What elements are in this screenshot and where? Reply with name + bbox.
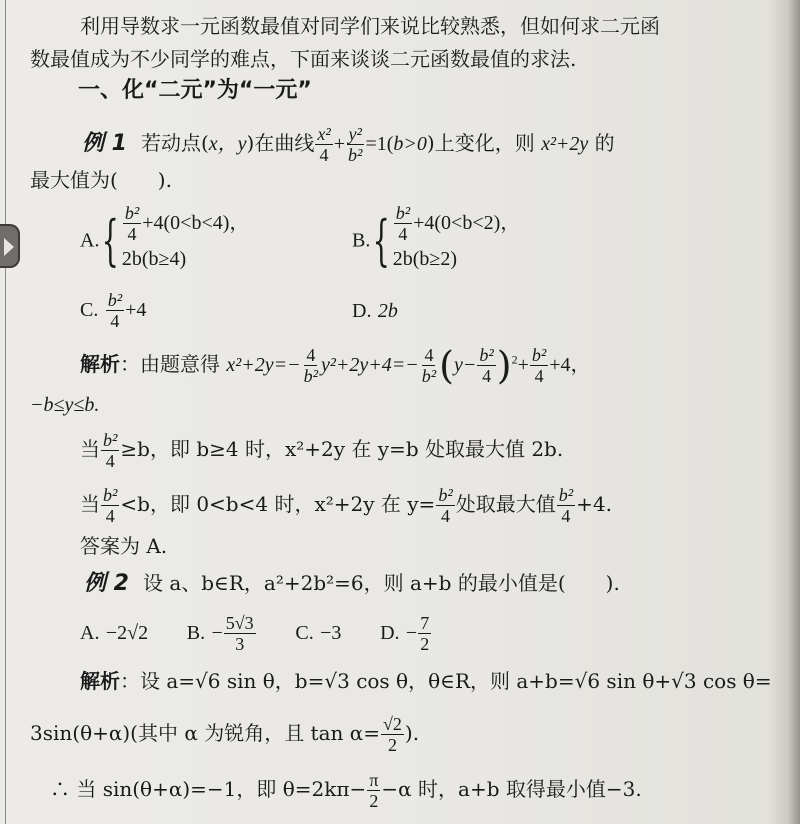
piece-row: b²4+4(0<b<2)， bbox=[393, 205, 521, 241]
option-a: A. −2√2 bbox=[80, 620, 148, 644]
denominator: 4 bbox=[559, 506, 572, 526]
option-label: A. bbox=[80, 230, 99, 252]
text: ：由题意得 bbox=[120, 352, 226, 376]
numerator: √2 bbox=[381, 714, 404, 735]
numerator: y² bbox=[347, 124, 364, 145]
fraction: b²4 bbox=[106, 290, 124, 331]
example1-question-line2: 最大值为( ). bbox=[30, 168, 172, 192]
option-a: A.{ b²4+4(0<b<4)， 2b(b≥4) bbox=[80, 205, 249, 277]
denominator: 4 bbox=[480, 366, 493, 386]
solution1-answer: 答案为 A. bbox=[80, 534, 167, 558]
section-heading: 一、化“二元”为“一元” bbox=[78, 79, 312, 103]
numerator: b² bbox=[101, 430, 119, 451]
fraction: b²4 bbox=[477, 345, 495, 386]
numerator: b² bbox=[557, 485, 575, 506]
intro-line-2: 数最值成为不少同学的难点，下面来谈谈二元函数最值的求法. bbox=[30, 47, 576, 71]
fraction: 72 bbox=[418, 613, 431, 654]
paren: ( bbox=[439, 344, 454, 388]
numerator: 4 bbox=[304, 345, 317, 366]
example2-options: A. −2√2 B. −5√33 C. −3 D. −72 bbox=[80, 613, 432, 654]
fraction: √22 bbox=[381, 714, 404, 755]
fraction: b²4 bbox=[123, 203, 141, 244]
numerator: b² bbox=[394, 203, 412, 224]
text: x²+2y=− bbox=[226, 354, 300, 376]
text: <b，即 0<b<4 时，x²+2y 在 y= bbox=[120, 492, 435, 516]
option-c: C. −3 bbox=[295, 620, 341, 644]
fraction: b²4 bbox=[394, 203, 412, 244]
text: − bbox=[406, 622, 417, 644]
denominator: b² bbox=[346, 145, 364, 165]
numerator: b² bbox=[530, 345, 548, 366]
text: )上变化，则 bbox=[427, 131, 541, 155]
option-d: D. −72 bbox=[380, 620, 432, 644]
brace: { bbox=[373, 214, 390, 268]
text: ：设 a=√6 sin θ，b=√3 cos θ，θ∈R，则 a+b=√6 si… bbox=[120, 669, 772, 693]
chevron-right-icon bbox=[4, 238, 14, 256]
denominator: 4 bbox=[439, 506, 452, 526]
text: +4， bbox=[549, 354, 590, 376]
text: ≥b，即 b≥4 时，x²+2y 在 y=b 处取最大值 2b. bbox=[120, 437, 563, 461]
text: x²+2y bbox=[541, 133, 588, 155]
text: +4(0<b<2)， bbox=[413, 211, 520, 235]
denominator: 4 bbox=[104, 506, 117, 526]
text: 若动点( bbox=[141, 131, 209, 155]
denominator: 4 bbox=[108, 311, 121, 331]
text: −3 bbox=[320, 622, 341, 644]
solution-label: 解析 bbox=[80, 669, 120, 693]
fraction: b²4 bbox=[557, 485, 575, 526]
text: 的 bbox=[588, 131, 614, 155]
option-d: D. 2b bbox=[352, 298, 398, 323]
page-edge-shadow bbox=[788, 0, 800, 824]
option-label: B. bbox=[352, 230, 370, 252]
text: + bbox=[518, 354, 529, 376]
piecewise: b²4+4(0<b<4)， 2b(b≥4) bbox=[122, 205, 250, 277]
denominator: b² bbox=[302, 366, 320, 386]
text: 当 bbox=[80, 437, 100, 461]
text: 3sin(θ+α)(其中 α 为锐角，且 tan α= bbox=[30, 721, 380, 745]
solution1-range: −b≤y≤b. bbox=[30, 393, 99, 417]
denominator: 2 bbox=[386, 735, 399, 755]
numerator: 7 bbox=[418, 613, 431, 634]
text: + bbox=[334, 133, 345, 155]
fraction: b²4 bbox=[101, 485, 119, 526]
text: =1( bbox=[365, 133, 393, 155]
text: ). bbox=[405, 721, 419, 745]
next-page-tab[interactable] bbox=[0, 224, 20, 268]
text: +4(0<b<4)， bbox=[142, 211, 249, 235]
solution1-line1: 解析：由题意得 x²+2y=−4b²y²+2y+4=−4b²(y−b²4)2+b… bbox=[80, 345, 591, 386]
scanned-page: 利用导数求一元函数最值对同学们来说比较熟悉，但如何求二元函 数最值成为不少同学的… bbox=[0, 0, 800, 824]
denominator: 2 bbox=[367, 791, 380, 811]
denominator: 4 bbox=[104, 451, 117, 471]
option-label: A. bbox=[80, 622, 99, 644]
denominator: b² bbox=[420, 366, 438, 386]
solution2-line2: 3sin(θ+α)(其中 α 为锐角，且 tan α=√22). bbox=[30, 714, 419, 755]
denominator: 2 bbox=[418, 634, 431, 654]
option-c: C. b²4+4 bbox=[80, 290, 146, 331]
numerator: x² bbox=[315, 124, 332, 145]
example1-question-line1: 例 1若动点(x，y)在曲线x²4+y²b²=1(b>0)上变化，则 x²+2y… bbox=[82, 124, 615, 165]
denominator: 4 bbox=[318, 145, 331, 165]
text: +4. bbox=[576, 492, 612, 516]
text: +4 bbox=[125, 299, 146, 321]
piecewise: b²4+4(0<b<2)， 2b(b≥2) bbox=[393, 205, 521, 277]
text: − bbox=[212, 622, 223, 644]
fraction: 5√33 bbox=[224, 613, 256, 654]
numerator: b² bbox=[477, 345, 495, 366]
text: −2√2 bbox=[106, 622, 148, 644]
solution1-case2: 当b²4<b，即 0<b<4 时，x²+2y 在 y=b²4处取最大值b²4+4… bbox=[80, 485, 612, 526]
fraction: y²b² bbox=[346, 124, 364, 165]
example2-question: 例 2设 a、b∈R，a²+2b²=6，则 a+b 的最小值是( ). bbox=[84, 571, 620, 596]
margin-rule bbox=[5, 0, 6, 824]
example2-label: 例 2 bbox=[84, 571, 129, 596]
numerator: π bbox=[367, 770, 380, 791]
solution-label: 解析 bbox=[80, 352, 120, 376]
text: 处取最大值 bbox=[456, 492, 556, 516]
option-label: D. bbox=[380, 622, 399, 644]
intro-line-1: 利用导数求一元函数最值对同学们来说比较熟悉，但如何求二元函 bbox=[80, 14, 660, 38]
option-label: D. bbox=[352, 300, 371, 322]
fraction: 4b² bbox=[420, 345, 438, 386]
numerator: b² bbox=[123, 203, 141, 224]
denominator: 3 bbox=[233, 634, 246, 654]
numerator: b² bbox=[101, 485, 119, 506]
fraction: b²4 bbox=[530, 345, 548, 386]
text: −α 时，a+b 取得最小值−3. bbox=[381, 777, 641, 801]
fraction: π2 bbox=[367, 770, 380, 811]
numerator: 5√3 bbox=[224, 613, 256, 634]
solution1-case1: 当b²4≥b，即 b≥4 时，x²+2y 在 y=b 处取最大值 2b. bbox=[80, 430, 563, 471]
option-b: B.{ b²4+4(0<b<2)， 2b(b≥2) bbox=[352, 205, 520, 277]
option-label: C. bbox=[295, 622, 313, 644]
text: )在曲线 bbox=[247, 131, 315, 155]
fraction: 4b² bbox=[302, 345, 320, 386]
text: x，y bbox=[209, 133, 247, 155]
numerator: b² bbox=[106, 290, 124, 311]
text: 当 bbox=[80, 492, 100, 516]
fraction: x²4 bbox=[315, 124, 332, 165]
text: 设 a、b∈R，a²+2b²=6，则 a+b 的最小值是( ). bbox=[143, 571, 620, 595]
brace: { bbox=[102, 214, 119, 268]
paren: ) bbox=[497, 344, 512, 388]
text: ∴ 当 sin(θ+α)=−1，即 θ=2kπ− bbox=[50, 777, 366, 801]
option-b: B. −5√33 bbox=[187, 620, 257, 644]
solution2-line1: 解析：设 a=√6 sin θ，b=√3 cos θ，θ∈R，则 a+b=√6 … bbox=[80, 669, 772, 693]
piece-row: 2b(b≥2) bbox=[393, 241, 521, 277]
option-label: B. bbox=[187, 622, 205, 644]
numerator: b² bbox=[436, 485, 454, 506]
example1-label: 例 1 bbox=[82, 131, 127, 156]
option-label: C. bbox=[80, 299, 98, 321]
text: 2b bbox=[378, 300, 398, 322]
text: b>0 bbox=[393, 133, 427, 155]
numerator: 4 bbox=[422, 345, 435, 366]
piece-row: 2b(b≥4) bbox=[122, 241, 250, 277]
denominator: 4 bbox=[533, 366, 546, 386]
text: y²+2y+4=− bbox=[321, 354, 419, 376]
fraction: b²4 bbox=[436, 485, 454, 526]
text: y− bbox=[454, 354, 476, 376]
fraction: b²4 bbox=[101, 430, 119, 471]
piece-row: b²4+4(0<b<4)， bbox=[122, 205, 250, 241]
solution2-line3: ∴ 当 sin(θ+α)=−1，即 θ=2kπ−π2−α 时，a+b 取得最小值… bbox=[50, 770, 642, 811]
